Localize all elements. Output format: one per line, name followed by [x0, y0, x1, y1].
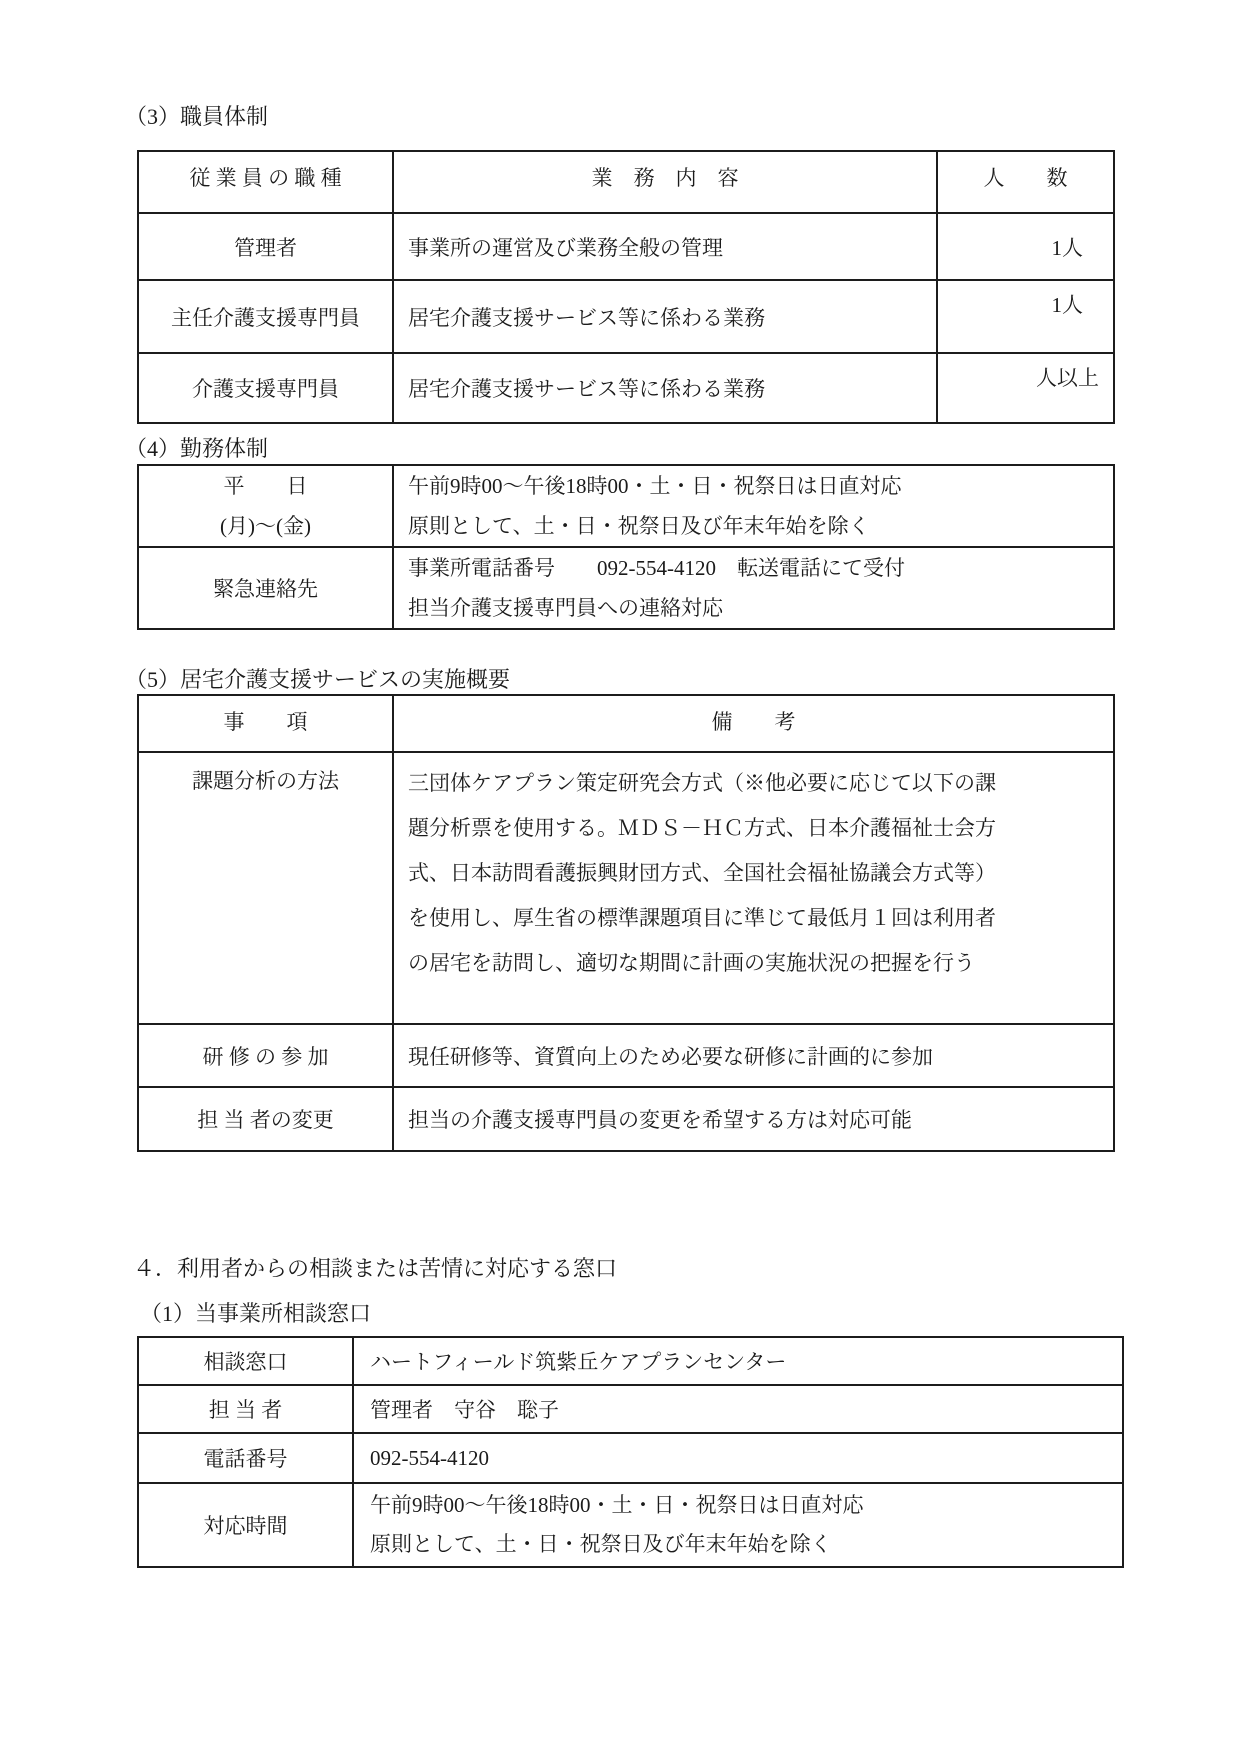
table-row: 課題分析の方法 三団体ケアプラン策定研究会方式（※他必要に応じて以下の課 題分析…	[138, 752, 1114, 1024]
subsection-heading-office-contact: （1）当事業所相談窓口	[140, 1297, 371, 1328]
cell-schedule-value: 午前9時00～午後18時00・土・日・祝祭日は日直対応 原則として、土・日・祝祭…	[393, 465, 1114, 547]
col-header-item: 事 項	[138, 695, 393, 752]
cell-employee-type: 主任介護支援専門員	[138, 280, 393, 353]
cell-schedule-label: 平 日 (月)～(金)	[138, 465, 393, 547]
cell-count: 1人	[937, 280, 1114, 353]
cell-schedule-label: 緊急連絡先	[138, 547, 393, 629]
cell-contact-value: ハートフィールド筑紫丘ケアプランセンター	[353, 1337, 1123, 1385]
cell-contact-value: 管理者 守谷 聡子	[353, 1385, 1123, 1433]
cell-contact-value: 午前9時00～午後18時00・土・日・祝祭日は日直対応 原則として、土・日・祝祭…	[353, 1483, 1123, 1567]
section-heading-work-schedule: （4）勤務体制	[125, 432, 268, 463]
service-overview-header-row: 事 項 備 考	[138, 695, 1114, 752]
staffing-table: 従 業 員 の 職 種 業 務 内 容 人 数 管理者 事業所の運営及び業務全般…	[137, 150, 1115, 424]
document-page: （3）職員体制 従 業 員 の 職 種 業 務 内 容 人 数 管理者 事業所の…	[0, 0, 1241, 1755]
table-row: 電話番号 092-554-4120	[138, 1433, 1123, 1483]
col-header-note: 備 考	[393, 695, 1114, 752]
cell-contact-label: 電話番号	[138, 1433, 353, 1483]
cell-schedule-value: 事業所電話番号 092-554-4120 転送電話にて受付 担当介護支援専門員へ…	[393, 547, 1114, 629]
cell-contact-label: 相談窓口	[138, 1337, 353, 1385]
table-row: 緊急連絡先 事業所電話番号 092-554-4120 転送電話にて受付 担当介護…	[138, 547, 1114, 629]
cell-employee-type: 介護支援専門員	[138, 353, 393, 423]
cell-item: 課題分析の方法	[138, 752, 393, 1024]
cell-count: 人以上	[937, 353, 1114, 423]
table-row: 平 日 (月)～(金) 午前9時00～午後18時00・土・日・祝祭日は日直対応 …	[138, 465, 1114, 547]
table-row: 担 当 者の変更 担当の介護支援専門員の変更を希望する方は対応可能	[138, 1087, 1114, 1151]
cell-count: 1人	[937, 213, 1114, 280]
table-row: 担 当 者 管理者 守谷 聡子	[138, 1385, 1123, 1433]
cell-contact-label: 対応時間	[138, 1483, 353, 1567]
table-row: 主任介護支援専門員 居宅介護支援サービス等に係わる業務 1人	[138, 280, 1114, 353]
cell-item: 担 当 者の変更	[138, 1087, 393, 1151]
table-row: 介護支援専門員 居宅介護支援サービス等に係わる業務 人以上	[138, 353, 1114, 423]
cell-duty: 居宅介護支援サービス等に係わる業務	[393, 280, 937, 353]
cell-contact-label: 担 当 者	[138, 1385, 353, 1433]
col-header-employee-type: 従 業 員 の 職 種	[138, 151, 393, 213]
cell-duty: 居宅介護支援サービス等に係わる業務	[393, 353, 937, 423]
table-row: 相談窓口 ハートフィールド筑紫丘ケアプランセンター	[138, 1337, 1123, 1385]
section-heading-service-overview: （5）居宅介護支援サービスの実施概要	[125, 663, 510, 694]
section-heading-consultation: ４．利用者からの相談または苦情に対応する窓口	[133, 1252, 617, 1283]
consultation-table: 相談窓口 ハートフィールド筑紫丘ケアプランセンター 担 当 者 管理者 守谷 聡…	[137, 1336, 1124, 1568]
col-header-count: 人 数	[937, 151, 1114, 213]
cell-item: 研 修 の 参 加	[138, 1024, 393, 1087]
col-header-duty: 業 務 内 容	[393, 151, 937, 213]
cell-note: 担当の介護支援専門員の変更を希望する方は対応可能	[393, 1087, 1114, 1151]
cell-employee-type: 管理者	[138, 213, 393, 280]
table-row: 管理者 事業所の運営及び業務全般の管理 1人	[138, 213, 1114, 280]
table-row: 対応時間 午前9時00～午後18時00・土・日・祝祭日は日直対応 原則として、土…	[138, 1483, 1123, 1567]
staffing-header-row: 従 業 員 の 職 種 業 務 内 容 人 数	[138, 151, 1114, 213]
cell-duty: 事業所の運営及び業務全般の管理	[393, 213, 937, 280]
table-row: 研 修 の 参 加 現任研修等、資質向上のため必要な研修に計画的に参加	[138, 1024, 1114, 1087]
cell-note: 現任研修等、資質向上のため必要な研修に計画的に参加	[393, 1024, 1114, 1087]
cell-contact-value: 092-554-4120	[353, 1433, 1123, 1483]
section-heading-staffing: （3）職員体制	[125, 100, 268, 131]
cell-note: 三団体ケアプラン策定研究会方式（※他必要に応じて以下の課 題分析票を使用する。Ｍ…	[393, 752, 1114, 1024]
service-overview-table: 事 項 備 考 課題分析の方法 三団体ケアプラン策定研究会方式（※他必要に応じて…	[137, 694, 1115, 1152]
work-schedule-table: 平 日 (月)～(金) 午前9時00～午後18時00・土・日・祝祭日は日直対応 …	[137, 464, 1115, 630]
